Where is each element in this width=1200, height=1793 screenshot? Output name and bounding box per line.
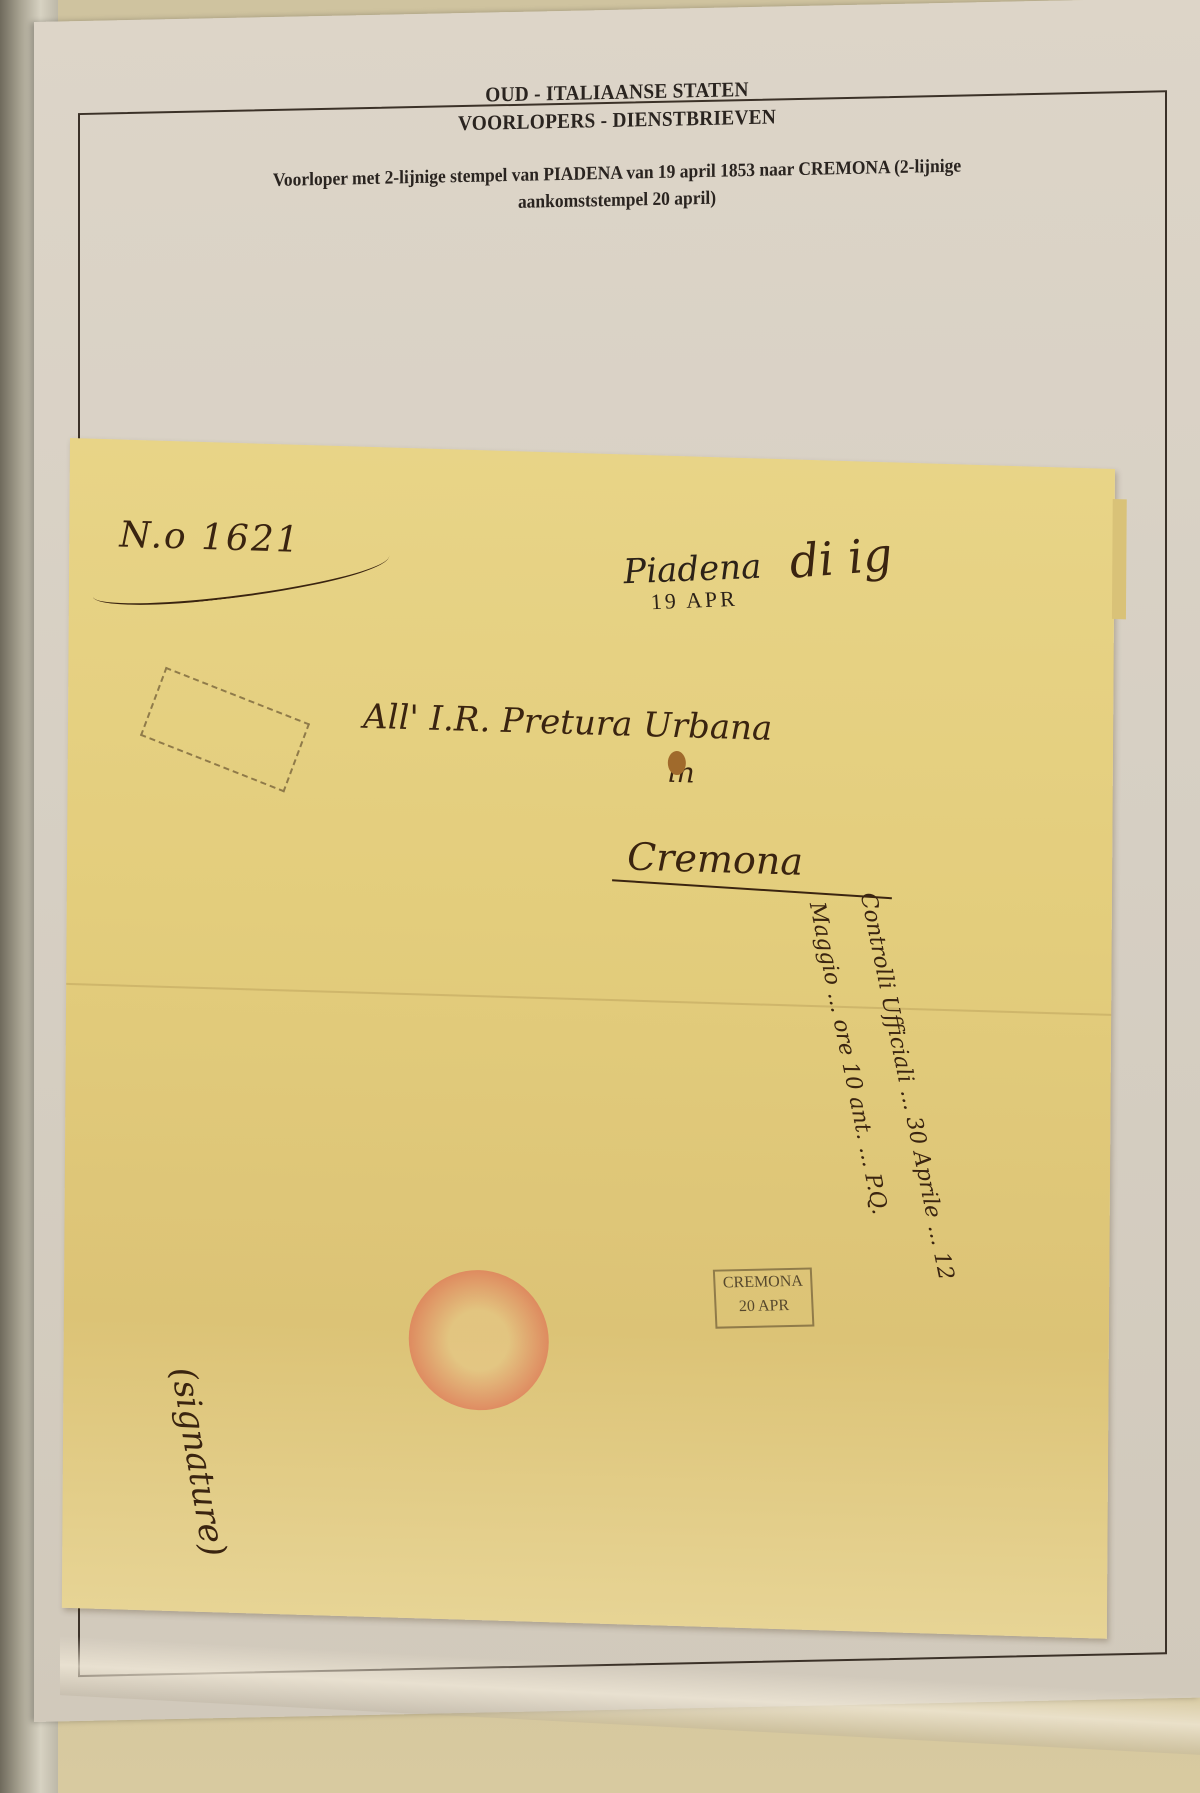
destination-city: Cremona (627, 835, 803, 884)
handwritten-annotation: di ig (787, 527, 895, 589)
letter-flap (1112, 499, 1127, 619)
ink-stain (668, 751, 686, 776)
franchise-stamp-mark (140, 667, 310, 793)
arrival-postmark: CREMONA 20 APR (713, 1267, 815, 1328)
postmark-town: Piadena (622, 549, 762, 591)
letter-body-handwriting: Controlli Ufficiali ... 30 Aprile ... 12… (147, 888, 982, 1467)
folded-letter: N.o 1621 Piadena 19 APR di ig All' I.R. … (62, 438, 1115, 1639)
addressee: All' I.R. Pretura Urbana (363, 697, 772, 749)
departure-postmark: Piadena 19 APR (622, 549, 764, 617)
